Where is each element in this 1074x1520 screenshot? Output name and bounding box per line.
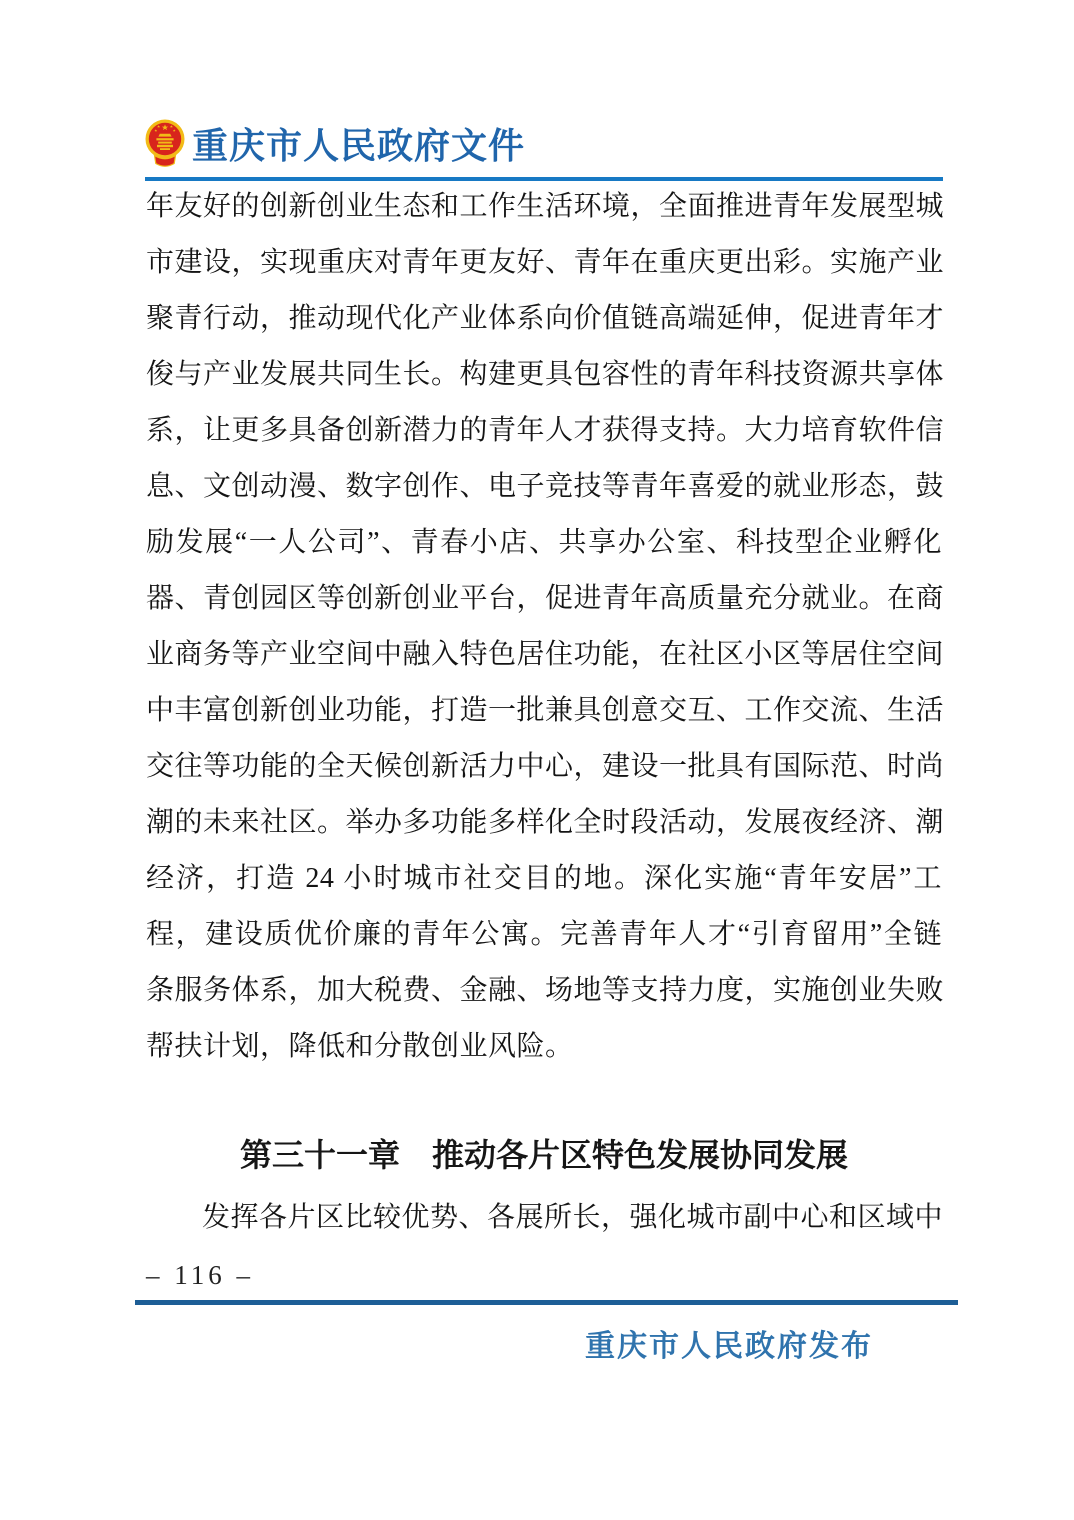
body-text-line: 聚青行动，推动现代化产业体系向价值链高端延伸，促进青年才: [146, 291, 942, 347]
body-paragraph-1: 年友好的创新创业生态和工作生活环境，全面推进青年发展型城 市建设，实现重庆对青年…: [146, 179, 942, 1075]
document-header: 重庆市人民政府文件: [145, 116, 943, 170]
body-text-line: 经济，打造 24 小时城市社交目的地。深化实施“青年安居”工: [146, 851, 942, 907]
body-text-line: 业商务等产业空间中融入特色居住功能，在社区小区等居住空间: [146, 627, 942, 683]
body-text-line: 帮扶计划，降低和分散创业风险。: [146, 1019, 942, 1075]
body-text-line: 器、青创园区等创新创业平台，促进青年高质量充分就业。在商: [146, 571, 942, 627]
publisher-label: 重庆市人民政府发布: [146, 1328, 873, 1366]
body-text-line: 俊与产业发展共同生长。构建更具包容性的青年科技资源共享体: [146, 347, 942, 403]
body-paragraph-2: 发挥各片区比较优势、各展所长，强化城市副中心和区域中: [146, 1190, 942, 1246]
body-text-line: 系，让更多具备创新潜力的青年人才获得支持。大力培育软件信: [146, 403, 942, 459]
body-text-line: 潮的未来社区。举办多功能多样化全时段活动，发展夜经济、潮: [146, 795, 942, 851]
document-title: 重庆市人民政府文件: [192, 118, 525, 169]
page-number: – 116 –: [146, 1258, 254, 1292]
document-page: 重庆市人民政府文件 年友好的创新创业生态和工作生活环境，全面推进青年发展型城 市…: [0, 0, 1074, 1520]
national-emblem-icon: [145, 118, 185, 168]
body-text-line: 息、文创动漫、数字创作、电子竞技等青年喜爱的就业形态，鼓: [146, 459, 942, 515]
body-text-line: 交往等功能的全天候创新活力中心，建设一批具有国际范、时尚: [146, 739, 942, 795]
body-text-line: 程，建设质优价廉的青年公寓。完善青年人才“引育留用”全链: [146, 907, 942, 963]
footer-divider-rule: [135, 1300, 958, 1305]
body-text-line: 市建设，实现重庆对青年更友好、青年在重庆更出彩。实施产业: [146, 235, 942, 291]
body-text-line: 励发展“一人公司”、青春小店、共享办公室、科技型企业孵化: [146, 515, 942, 571]
body-text-line: 中丰富创新创业功能，打造一批兼具创意交互、工作交流、生活: [146, 683, 942, 739]
chapter-heading: 第三十一章 推动各片区特色发展协同发展: [146, 1132, 942, 1178]
body-text-line: 年友好的创新创业生态和工作生活环境，全面推进青年发展型城: [146, 179, 942, 235]
body-text-line: 条服务体系，加大税费、金融、场地等支持力度，实施创业失败: [146, 963, 942, 1019]
